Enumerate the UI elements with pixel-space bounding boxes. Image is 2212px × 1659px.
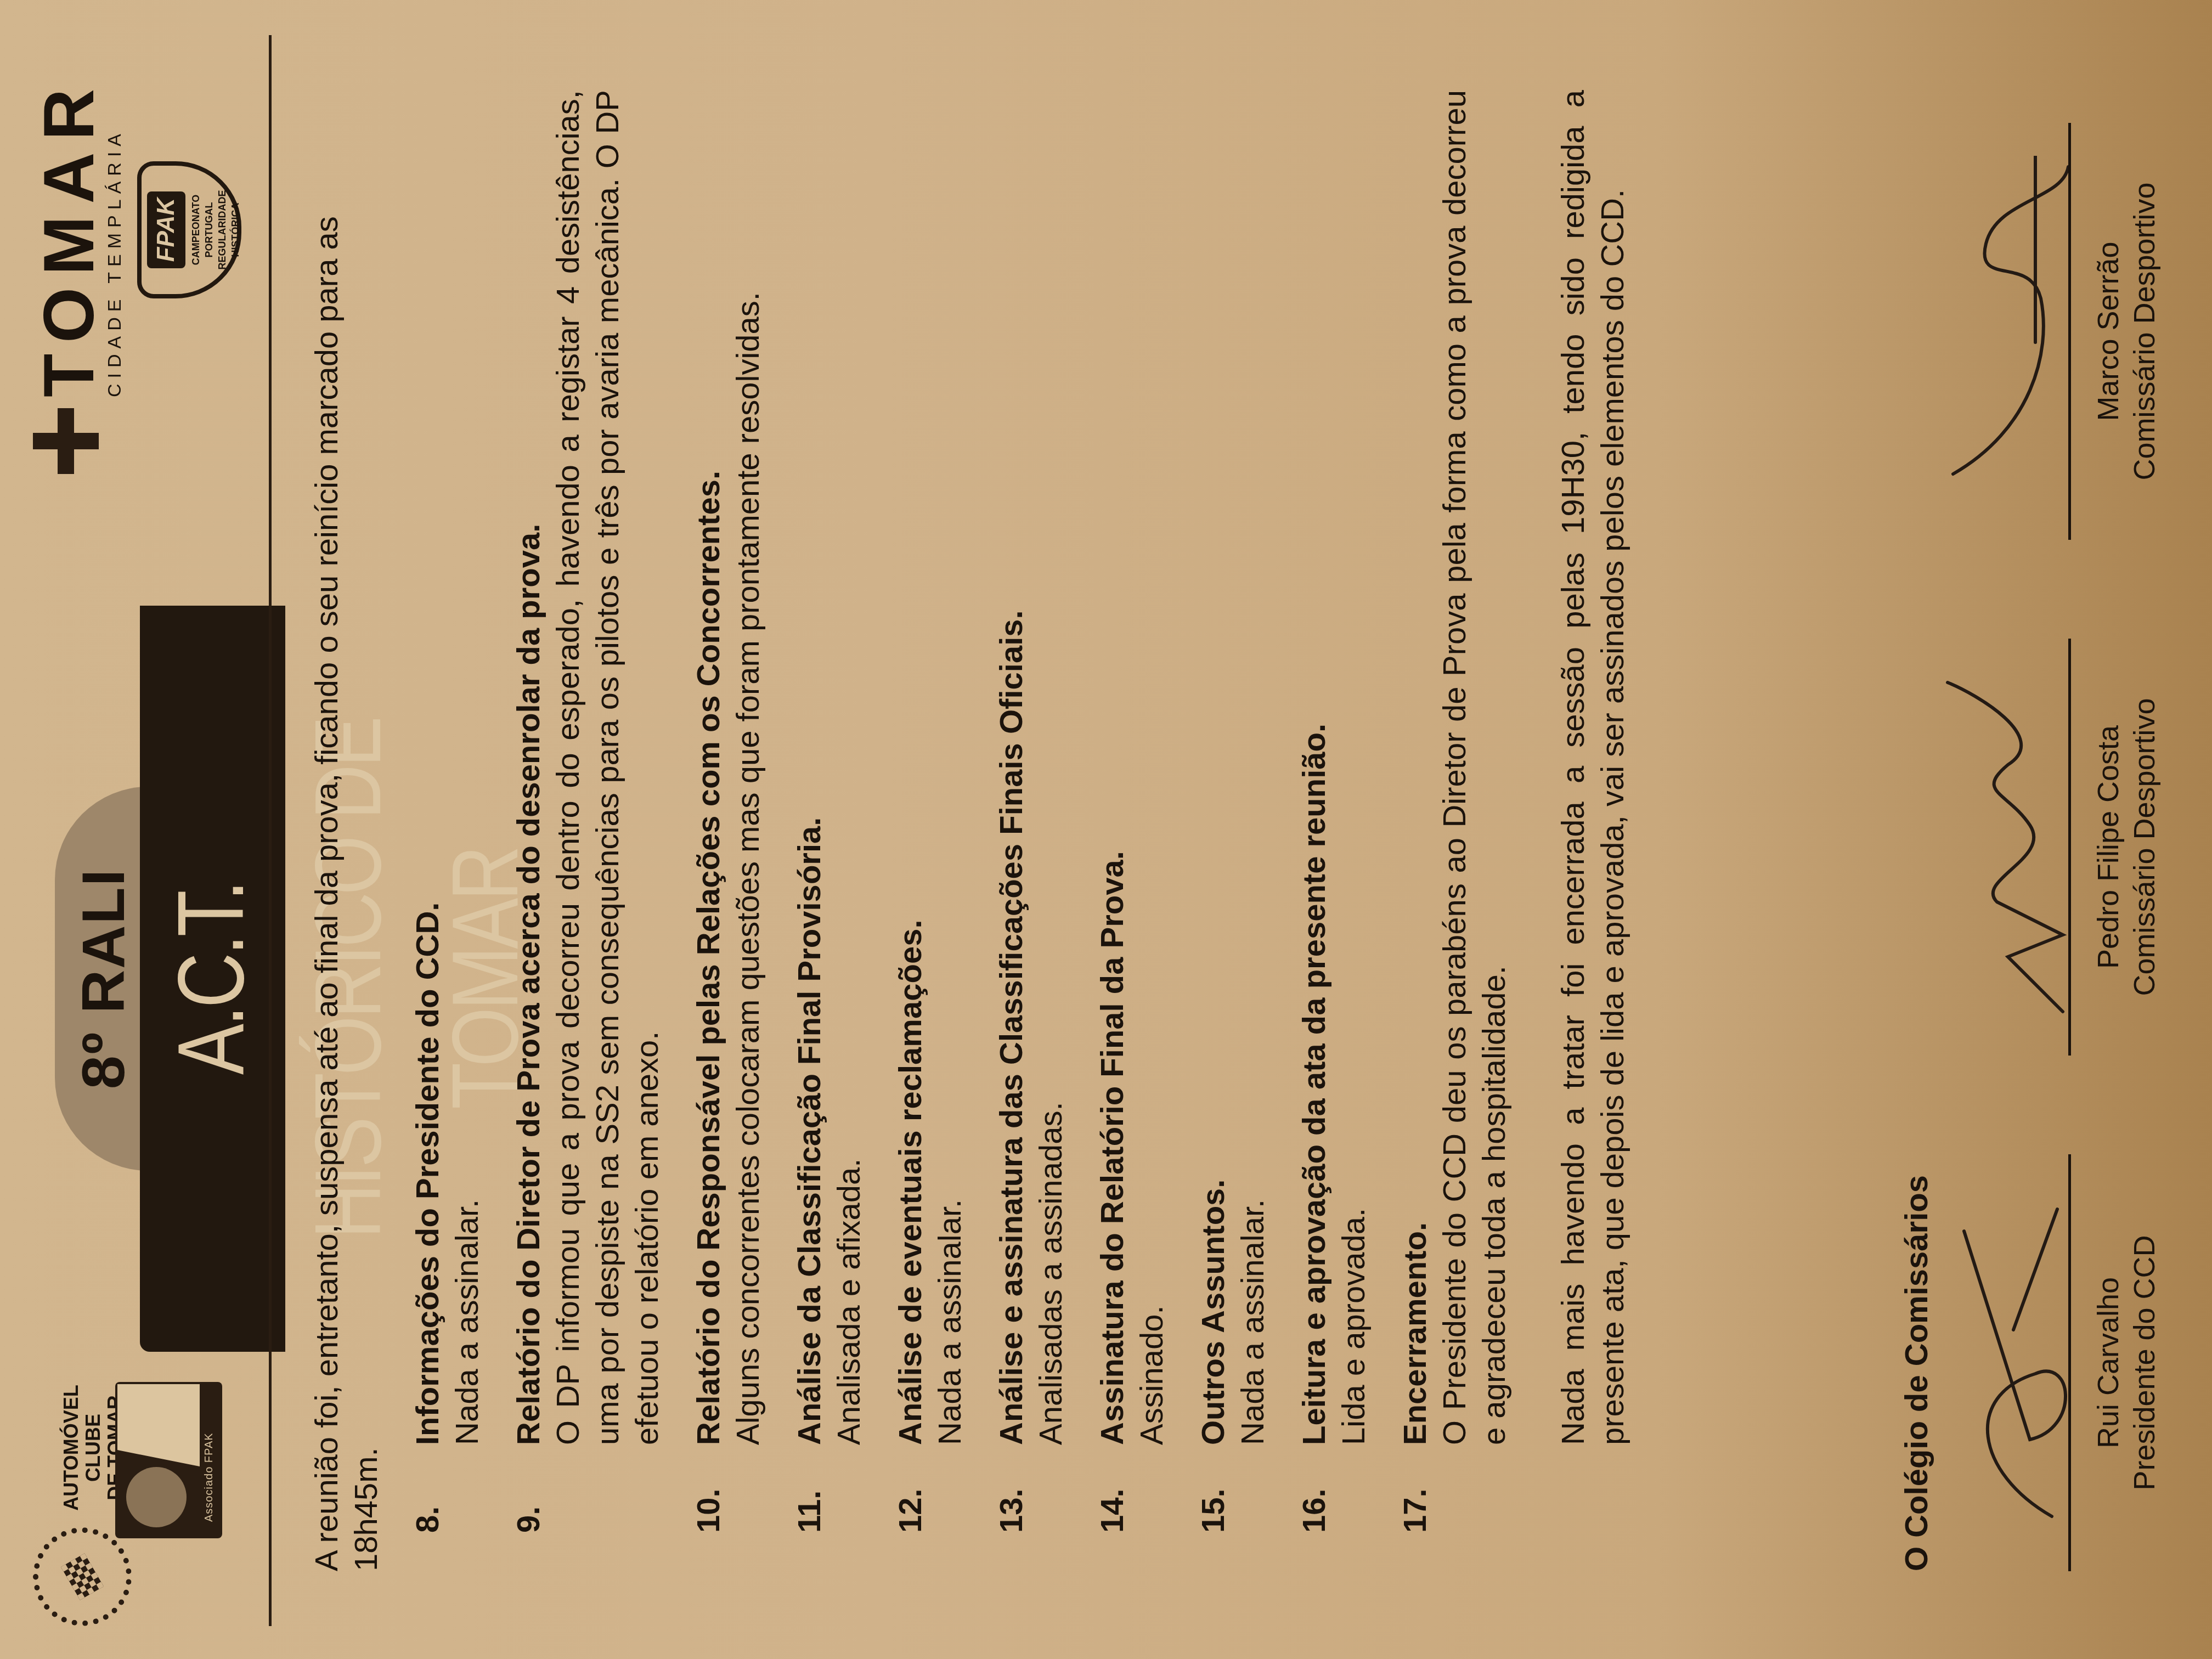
item-number: 13. bbox=[992, 1445, 1071, 1571]
agenda-list: 8.Informações do Presidente do CCD.Nada … bbox=[408, 90, 1633, 1571]
item-number: 12. bbox=[891, 1445, 970, 1571]
signature-line bbox=[2068, 123, 2071, 540]
item-text: Nada a assinalar. bbox=[1233, 90, 1273, 1445]
item-number: 15. bbox=[1194, 1445, 1273, 1571]
document-page: AUTOMÓVEL CLUBE DE TOMAR Associado FPAK … bbox=[0, 0, 2212, 1659]
item-text: Assinado. bbox=[1132, 90, 1172, 1445]
agenda-item: 8.Informações do Presidente do CCD.Nada … bbox=[408, 90, 487, 1571]
agenda-item: 12.Análise de eventuais reclamações.Nada… bbox=[891, 90, 970, 1571]
agenda-item: 11.Análise da Classificação Final Provis… bbox=[790, 90, 869, 1571]
item-text: Nada mais havendo a tratar foi encerrada… bbox=[1554, 90, 1633, 1445]
signatures-heading: O Colégio de Comissários bbox=[1898, 1175, 1935, 1571]
championship-logo: FPAK CAMPEONATO PORTUGAL REGULARIDADE HI… bbox=[137, 139, 241, 320]
agenda-item: 9.Relatório do Diretor de Prova acerca d… bbox=[509, 90, 667, 1571]
city-name: TOMAR bbox=[33, 77, 104, 397]
item-number: 11. bbox=[790, 1445, 869, 1571]
signature-line bbox=[2068, 639, 2071, 1056]
item-title: Outros Assuntos. bbox=[1194, 90, 1233, 1445]
item-number: 10. bbox=[689, 1445, 768, 1571]
item-title: Análise da Classificação Final Provisóri… bbox=[790, 90, 830, 1445]
fpak-associate-badge: Associado FPAK bbox=[115, 1382, 222, 1538]
item-text: Analisadas a assinadas. bbox=[1031, 90, 1071, 1445]
agenda-item: 13.Análise e assinatura das Classificaçõ… bbox=[992, 90, 1071, 1571]
checkered-flag-icon bbox=[61, 1553, 104, 1600]
item-title: Análise e assinatura das Classificações … bbox=[992, 90, 1031, 1445]
item-title: Relatório do Responsável pelas Relações … bbox=[689, 90, 729, 1445]
item-text: O DP informou que a prova decorreu dentr… bbox=[549, 90, 667, 1445]
item-title: Análise de eventuais reclamações. bbox=[891, 90, 930, 1445]
item-text: O Presidente do CCD deu os parabéns ao D… bbox=[1435, 90, 1514, 1445]
signatory-role: Presidente do CCD bbox=[2126, 1154, 2163, 1571]
agenda-item: 10.Relatório do Responsável pelas Relaçõ… bbox=[689, 90, 768, 1571]
templar-cross-icon bbox=[33, 408, 99, 474]
signature-scribble-icon bbox=[1942, 1187, 2085, 1538]
item-title: Assinatura do Relatório Final da Prova. bbox=[1093, 90, 1132, 1445]
item-title: Informações do Presidente do CCD. bbox=[408, 90, 448, 1445]
fpak-emblem-icon bbox=[126, 1467, 187, 1527]
item-title: Encerramento. bbox=[1396, 90, 1435, 1445]
item-text: Lida e aprovada. bbox=[1334, 90, 1374, 1445]
signature-scribble-icon bbox=[1942, 156, 2085, 507]
item-number: 9. bbox=[509, 1445, 667, 1571]
item-title: Leitura e aprovação da ata da presente r… bbox=[1295, 90, 1334, 1445]
signatory-name: Rui Carvalho bbox=[2090, 1154, 2126, 1571]
agenda-item: 14.Assinatura do Relatório Final da Prov… bbox=[1093, 90, 1172, 1571]
signature-scribble-icon bbox=[1942, 672, 2085, 1023]
item-title: Relatório do Diretor de Prova acerca do … bbox=[509, 90, 549, 1445]
event-banner: 8º RALI A.C.T. HISTÓRICO DE TOMAR bbox=[55, 606, 203, 1352]
signatory-role: Comissário Desportivo bbox=[2126, 639, 2163, 1056]
club-logo-icon bbox=[33, 1527, 132, 1626]
item-number: 8. bbox=[408, 1445, 487, 1571]
agenda-item: 16.Leitura e aprovação da ata da present… bbox=[1295, 90, 1374, 1571]
item-text: Alguns concorrentes colocaram questões m… bbox=[729, 90, 768, 1445]
signature-line bbox=[2068, 1154, 2071, 1571]
item-number: 14. bbox=[1093, 1445, 1172, 1571]
signatory-role: Comissário Desportivo bbox=[2126, 123, 2163, 540]
event-ordinal: 8º RALI bbox=[69, 787, 138, 1171]
item-number: 17. bbox=[1396, 1445, 1633, 1571]
minutes-body: A reunião foi, entretanto, suspensa até … bbox=[307, 90, 1655, 1571]
item-text: Analisada e afixada. bbox=[830, 90, 869, 1445]
agenda-item: 15.Outros Assuntos.Nada a assinalar. bbox=[1194, 90, 1273, 1571]
intro-paragraph: A reunião foi, entretanto, suspensa até … bbox=[307, 90, 386, 1571]
signatory-name: Marco Serrão bbox=[2090, 123, 2126, 540]
item-text: Nada a assinalar. bbox=[448, 90, 487, 1445]
city-subtitle: CIDADE TEMPLÁRIA bbox=[104, 128, 126, 397]
item-number: 16. bbox=[1295, 1445, 1374, 1571]
agenda-item: 17.Encerramento.O Presidente do CCD deu … bbox=[1396, 90, 1633, 1571]
signatory-name: Pedro Filipe Costa bbox=[2090, 639, 2126, 1056]
item-text: Nada a assinalar. bbox=[930, 90, 970, 1445]
header-divider bbox=[269, 35, 272, 1626]
